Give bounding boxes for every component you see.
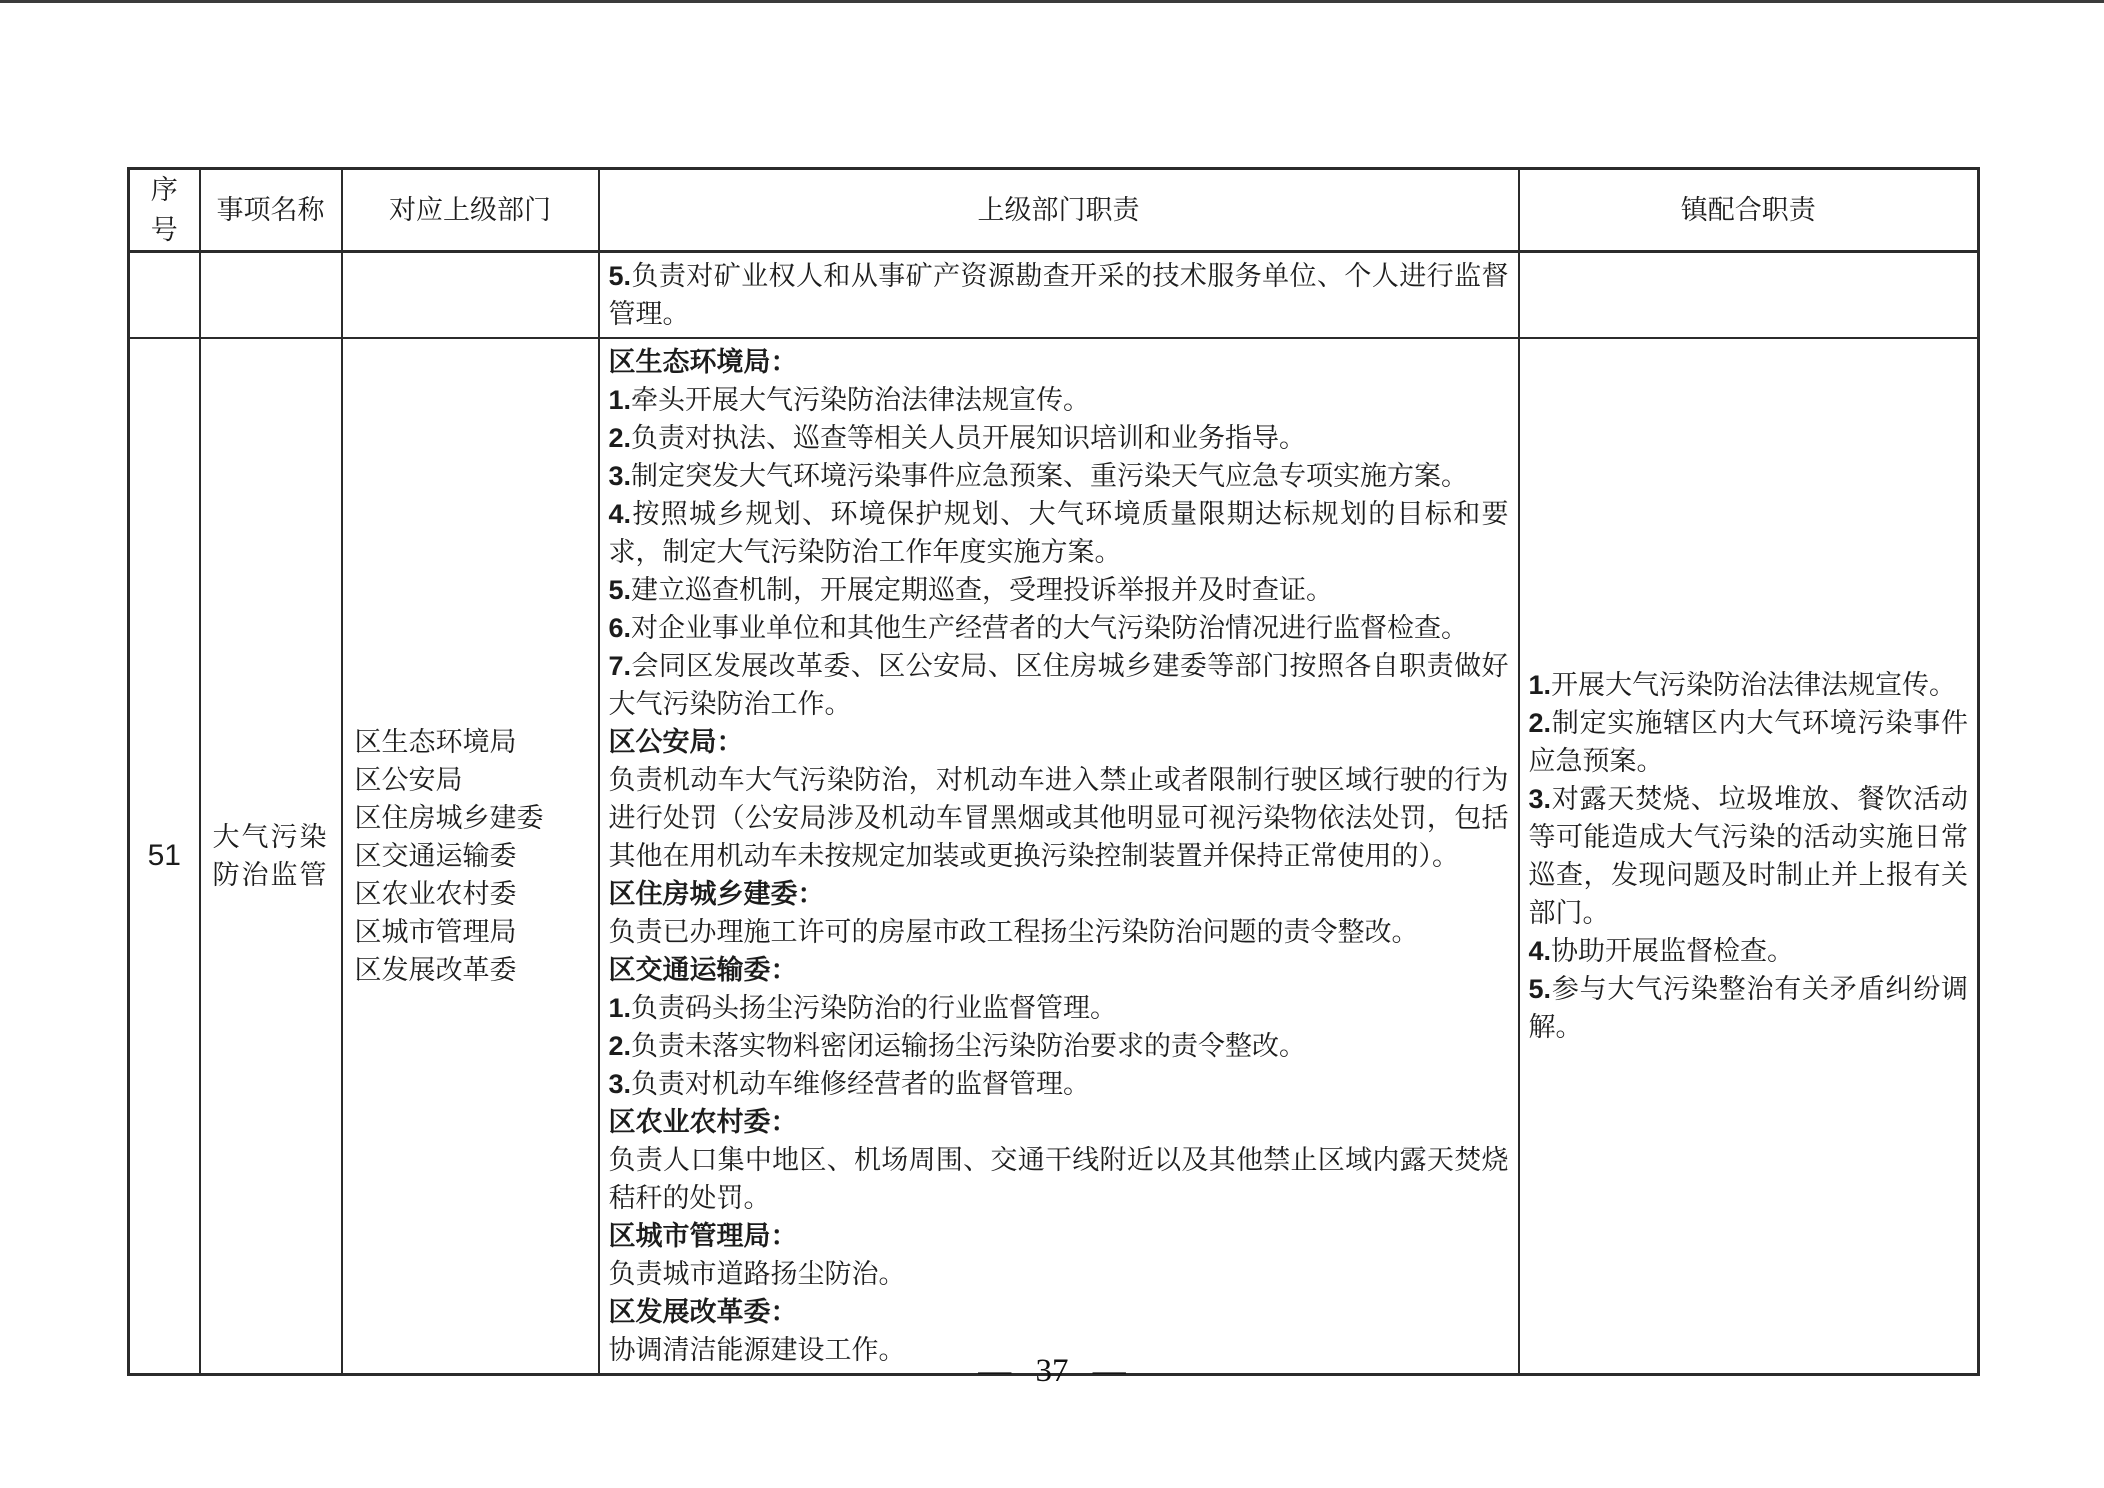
- duty-line: 2.制定实施辖区内大气环境污染事件应急预案。: [1529, 704, 1969, 780]
- duty-heading: 区发展改革委：: [609, 1293, 1509, 1331]
- duty-line: 1.负责码头扬尘污染防治的行业监督管理。: [609, 989, 1509, 1027]
- duty-heading: 区农业农村委：: [609, 1103, 1509, 1141]
- carryover-serial-cell-empty: [129, 252, 200, 339]
- duty-heading-label: 区发展改革委：: [609, 1297, 798, 1327]
- duty-heading: 区生态环境局：: [609, 343, 1509, 381]
- department-item: 区发展改革委: [355, 951, 594, 989]
- duty-heading: 区交通运输委：: [609, 951, 1509, 989]
- duty-item-number: 5.: [609, 261, 632, 291]
- duty-line: 4.协助开展监督检查。: [1529, 932, 1969, 970]
- duties-table: 序 号 事项名称 对应上级部门 上级部门职责 镇配合职责 5.负责对矿业权人和从…: [127, 167, 1980, 1376]
- header-superior-dept: 对应上级部门: [342, 169, 599, 252]
- duty-line: 负责人口集中地区、机场周围、交通干线附近以及其他禁止区域内露天焚烧秸秆的处罚。: [609, 1141, 1509, 1217]
- duty-heading-label: 区生态环境局：: [609, 347, 798, 377]
- duty-line: 6.对企业事业单位和其他生产经营者的大气污染防治情况进行监督检查。: [609, 609, 1509, 647]
- duty-line: 5.负责对矿业权人和从事矿产资源勘查开采的技术服务单位、个人进行监督管理。: [609, 257, 1509, 333]
- duty-heading-label: 区农业农村委：: [609, 1107, 798, 1137]
- duty-line: 3.对露天焚烧、垃圾堆放、餐饮活动等可能造成大气污染的活动实施日常巡查，发现问题…: [1529, 780, 1969, 932]
- duty-line: 负责城市道路扬尘防治。: [609, 1255, 1509, 1293]
- page-top-edge-line: [0, 0, 2104, 3]
- page-number: — 37 —: [0, 1348, 2104, 1394]
- cell-item-name: 大气污染防治监管: [200, 338, 342, 1375]
- duty-line: 2.负责未落实物料密闭运输扬尘污染防治要求的责令整改。: [609, 1027, 1509, 1065]
- duty-item-number: 5.: [609, 575, 632, 605]
- duty-heading-label: 区住房城乡建委：: [609, 879, 825, 909]
- cell-serial-number: 51: [129, 338, 200, 1375]
- header-serial: 序 号: [129, 169, 200, 252]
- department-item: 区城市管理局: [355, 913, 594, 951]
- table-header-row: 序 号 事项名称 对应上级部门 上级部门职责 镇配合职责: [129, 169, 1979, 252]
- header-town-duties: 镇配合职责: [1519, 169, 1979, 252]
- carryover-row: 5.负责对矿业权人和从事矿产资源勘查开采的技术服务单位、个人进行监督管理。: [129, 252, 1979, 339]
- department-item: 区公安局: [355, 761, 594, 799]
- department-item: 区农业农村委: [355, 875, 594, 913]
- header-superior-duties: 上级部门职责: [599, 169, 1519, 252]
- row-item-51: 51 大气污染防治监管 区生态环境局区公安局区住房城乡建委区交通运输委区农业农村…: [129, 338, 1979, 1375]
- duty-item-number: 4.: [609, 499, 632, 529]
- duty-heading-label: 区城市管理局：: [609, 1221, 798, 1251]
- carryover-item-name-cell-empty: [200, 252, 342, 339]
- department-item: 区交通运输委: [355, 837, 594, 875]
- duty-item-number: 5.: [1529, 974, 1552, 1004]
- cell-superior-duties: 区生态环境局：1.牵头开展大气污染防治法律法规宣传。2.负责对执法、巡查等相关人…: [599, 338, 1519, 1375]
- cell-town-duties: 1.开展大气污染防治法律法规宣传。2.制定实施辖区内大气环境污染事件应急预案。3…: [1519, 338, 1979, 1375]
- duty-item-number: 4.: [1529, 936, 1552, 966]
- duty-line: 5.建立巡查机制，开展定期巡查，受理投诉举报并及时查证。: [609, 571, 1509, 609]
- duty-item-number: 7.: [609, 651, 632, 681]
- duty-item-number: 2.: [609, 1031, 632, 1061]
- duty-line: 负责机动车大气污染防治，对机动车进入禁止或者限制行驶区域行驶的行为进行处罚（公安…: [609, 761, 1509, 875]
- duty-heading: 区公安局：: [609, 723, 1509, 761]
- duty-item-number: 1.: [609, 993, 632, 1023]
- duty-heading: 区城市管理局：: [609, 1217, 1509, 1255]
- header-serial-line1: 序: [134, 170, 195, 210]
- header-item-name: 事项名称: [200, 169, 342, 252]
- duty-line: 5.参与大气污染整治有关矛盾纠纷调解。: [1529, 970, 1969, 1046]
- duty-item-number: 3.: [609, 1069, 632, 1099]
- duty-line: 2.负责对执法、巡查等相关人员开展知识培训和业务指导。: [609, 419, 1509, 457]
- duty-line: 3.负责对机动车维修经营者的监督管理。: [609, 1065, 1509, 1103]
- duty-heading: 区住房城乡建委：: [609, 875, 1509, 913]
- duty-item-number: 1.: [609, 385, 632, 415]
- carryover-dept-cell-empty: [342, 252, 599, 339]
- cell-department-list: 区生态环境局区公安局区住房城乡建委区交通运输委区农业农村委区城市管理局区发展改革…: [342, 338, 599, 1375]
- item-name-line: 大气污染: [205, 818, 337, 856]
- duty-line: 3.制定突发大气环境污染事件应急预案、重污染天气应急专项实施方案。: [609, 457, 1509, 495]
- duty-heading-label: 区交通运输委：: [609, 955, 798, 985]
- duty-line: 4.按照城乡规划、环境保护规划、大气环境质量限期达标规划的目标和要求，制定大气污…: [609, 495, 1509, 571]
- carryover-town-duties-cell-empty: [1519, 252, 1979, 339]
- duty-item-number: 1.: [1529, 670, 1552, 700]
- duty-line: 1.开展大气污染防治法律法规宣传。: [1529, 666, 1969, 704]
- duty-item-number: 2.: [1529, 708, 1552, 738]
- duty-item-number: 3.: [609, 461, 632, 491]
- duty-line: 1.牵头开展大气污染防治法律法规宣传。: [609, 381, 1509, 419]
- duty-line: 7.会同区发展改革委、区公安局、区住房城乡建委等部门按照各自职责做好大气污染防治…: [609, 647, 1509, 723]
- duty-line: 负责已办理施工许可的房屋市政工程扬尘污染防治问题的责令整改。: [609, 913, 1509, 951]
- duty-item-number: 2.: [609, 423, 632, 453]
- carryover-superior-duties-cell: 5.负责对矿业权人和从事矿产资源勘查开采的技术服务单位、个人进行监督管理。: [599, 252, 1519, 339]
- duty-item-number: 3.: [1529, 784, 1552, 814]
- duty-item-number: 6.: [609, 613, 632, 643]
- department-item: 区生态环境局: [355, 723, 594, 761]
- header-serial-line2: 号: [134, 210, 195, 250]
- item-name-line: 防治监管: [205, 856, 337, 894]
- department-item: 区住房城乡建委: [355, 799, 594, 837]
- duty-heading-label: 区公安局：: [609, 727, 744, 757]
